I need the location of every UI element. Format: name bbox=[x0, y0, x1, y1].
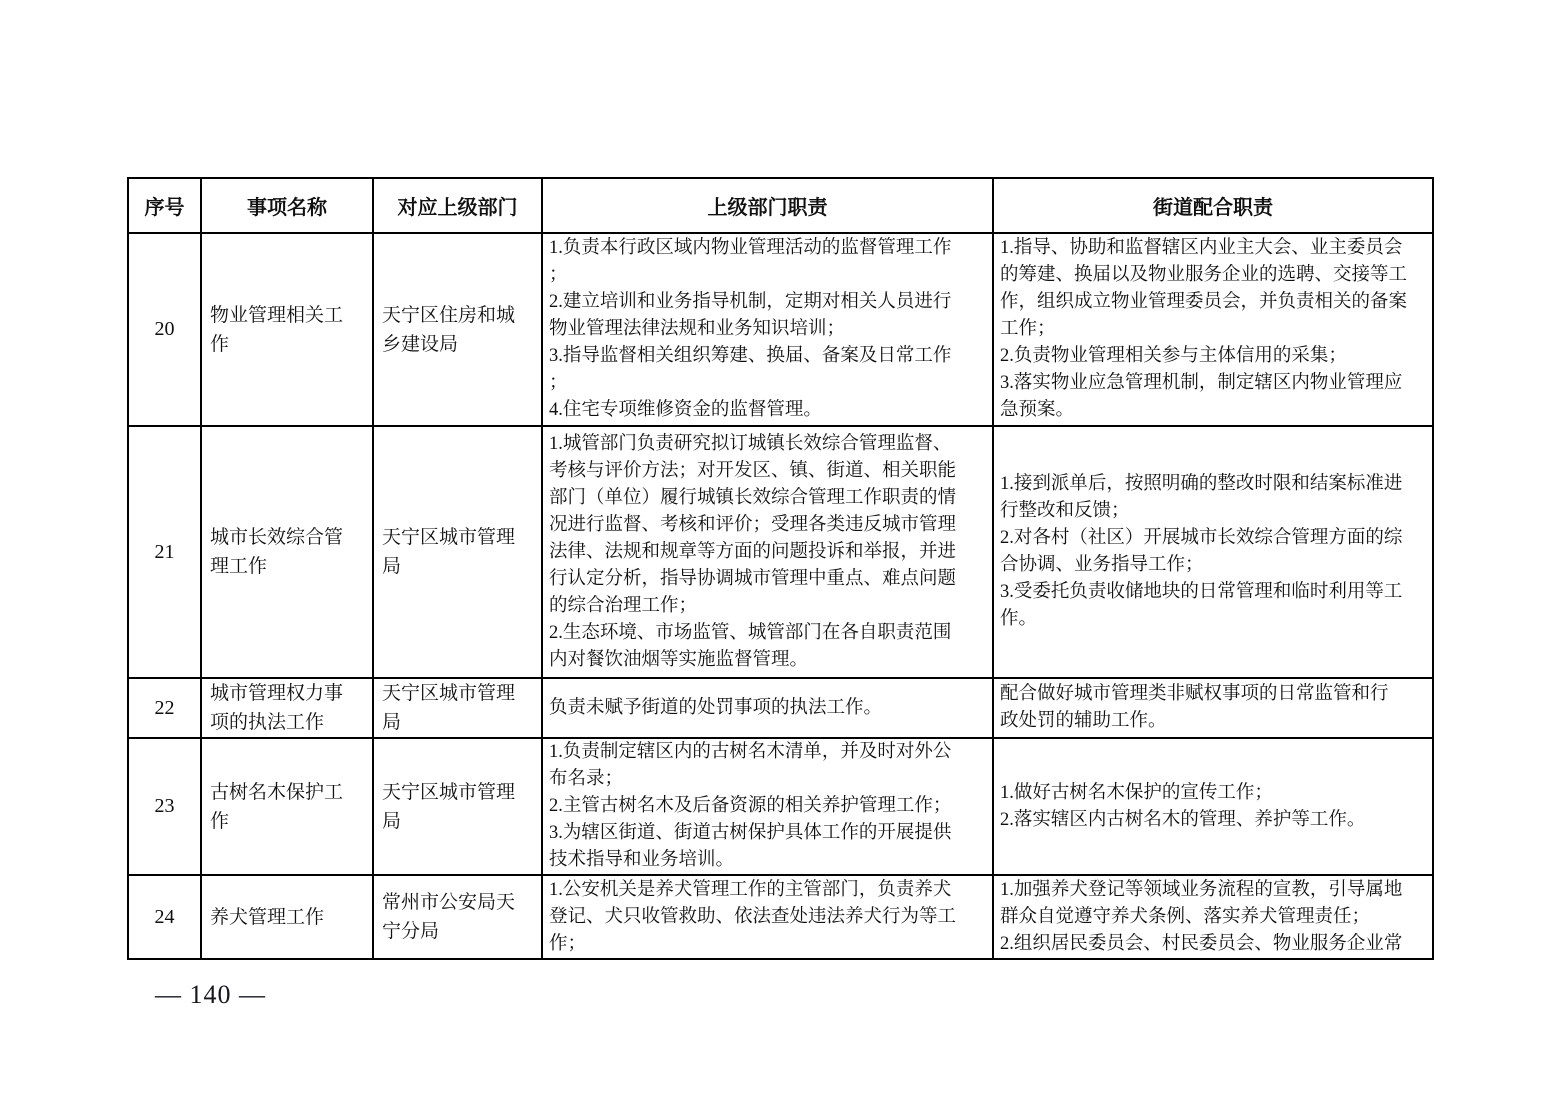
cell-department: 天宁区住房和城 乡建设局 bbox=[373, 233, 542, 426]
cell-item-name: 城市长效综合管 理工作 bbox=[201, 426, 373, 678]
cell-department: 常州市公安局天 宁分局 bbox=[373, 875, 542, 959]
cell-street-duties: 1.加强养犬登记等领域业务流程的宣教，引导属地 群众自觉遵守养犬条例、落实养犬管… bbox=[993, 875, 1433, 959]
cell-serial: 21 bbox=[128, 426, 201, 678]
cell-department: 天宁区城市管理 局 bbox=[373, 738, 542, 875]
table-row: 20 物业管理相关工 作 天宁区住房和城 乡建设局 1.负责本行政区域内物业管理… bbox=[128, 233, 1433, 426]
col-header-serial: 序号 bbox=[128, 178, 201, 233]
cell-serial: 23 bbox=[128, 738, 201, 875]
cell-street-duties: 1.接到派单后，按照明确的整改时限和结案标准进 行整改和反馈； 2.对各村（社区… bbox=[993, 426, 1433, 678]
table-row: 22 城市管理权力事 项的执法工作 天宁区城市管理 局 负责未赋予街道的处罚事项… bbox=[128, 678, 1433, 738]
duties-table: 序号 事项名称 对应上级部门 上级部门职责 街道配合职责 20 物业管理相关工 … bbox=[127, 177, 1434, 960]
table-row: 23 古树名木保护工 作 天宁区城市管理 局 1.负责制定辖区内的古树名木清单，… bbox=[128, 738, 1433, 875]
cell-serial: 20 bbox=[128, 233, 201, 426]
col-header-street-duties: 街道配合职责 bbox=[993, 178, 1433, 233]
cell-item-name: 古树名木保护工 作 bbox=[201, 738, 373, 875]
col-header-item-name: 事项名称 bbox=[201, 178, 373, 233]
col-header-superior-duties: 上级部门职责 bbox=[542, 178, 993, 233]
cell-department: 天宁区城市管理 局 bbox=[373, 426, 542, 678]
cell-item-name: 城市管理权力事 项的执法工作 bbox=[201, 678, 373, 738]
cell-superior-duties: 1.公安机关是养犬管理工作的主管部门，负责养犬 登记、犬只收管救助、依法查处违法… bbox=[542, 875, 993, 959]
cell-superior-duties: 1.城管部门负责研究拟订城镇长效综合管理监督、 考核与评价方法；对开发区、镇、街… bbox=[542, 426, 993, 678]
cell-street-duties: 配合做好城市管理类非赋权事项的日常监管和行 政处罚的辅助工作。 bbox=[993, 678, 1433, 738]
cell-street-duties: 1.做好古树名木保护的宣传工作； 2.落实辖区内古树名木的管理、养护等工作。 bbox=[993, 738, 1433, 875]
cell-street-duties: 1.指导、协助和监督辖区内业主大会、业主委员会 的筹建、换届以及物业服务企业的选… bbox=[993, 233, 1433, 426]
cell-serial: 24 bbox=[128, 875, 201, 959]
cell-item-name: 养犬管理工作 bbox=[201, 875, 373, 959]
col-header-department: 对应上级部门 bbox=[373, 178, 542, 233]
cell-superior-duties: 负责未赋予街道的处罚事项的执法工作。 bbox=[542, 678, 993, 738]
page-number: — 140 — bbox=[155, 980, 266, 1010]
cell-serial: 22 bbox=[128, 678, 201, 738]
table-row: 21 城市长效综合管 理工作 天宁区城市管理 局 1.城管部门负责研究拟订城镇长… bbox=[128, 426, 1433, 678]
table-row: 24 养犬管理工作 常州市公安局天 宁分局 1.公安机关是养犬管理工作的主管部门… bbox=[128, 875, 1433, 959]
cell-superior-duties: 1.负责本行政区域内物业管理活动的监督管理工作 ； 2.建立培训和业务指导机制，… bbox=[542, 233, 993, 426]
cell-item-name: 物业管理相关工 作 bbox=[201, 233, 373, 426]
cell-department: 天宁区城市管理 局 bbox=[373, 678, 542, 738]
cell-superior-duties: 1.负责制定辖区内的古树名木清单，并及时对外公 布名录； 2.主管古树名木及后备… bbox=[542, 738, 993, 875]
table-header-row: 序号 事项名称 对应上级部门 上级部门职责 街道配合职责 bbox=[128, 178, 1433, 233]
